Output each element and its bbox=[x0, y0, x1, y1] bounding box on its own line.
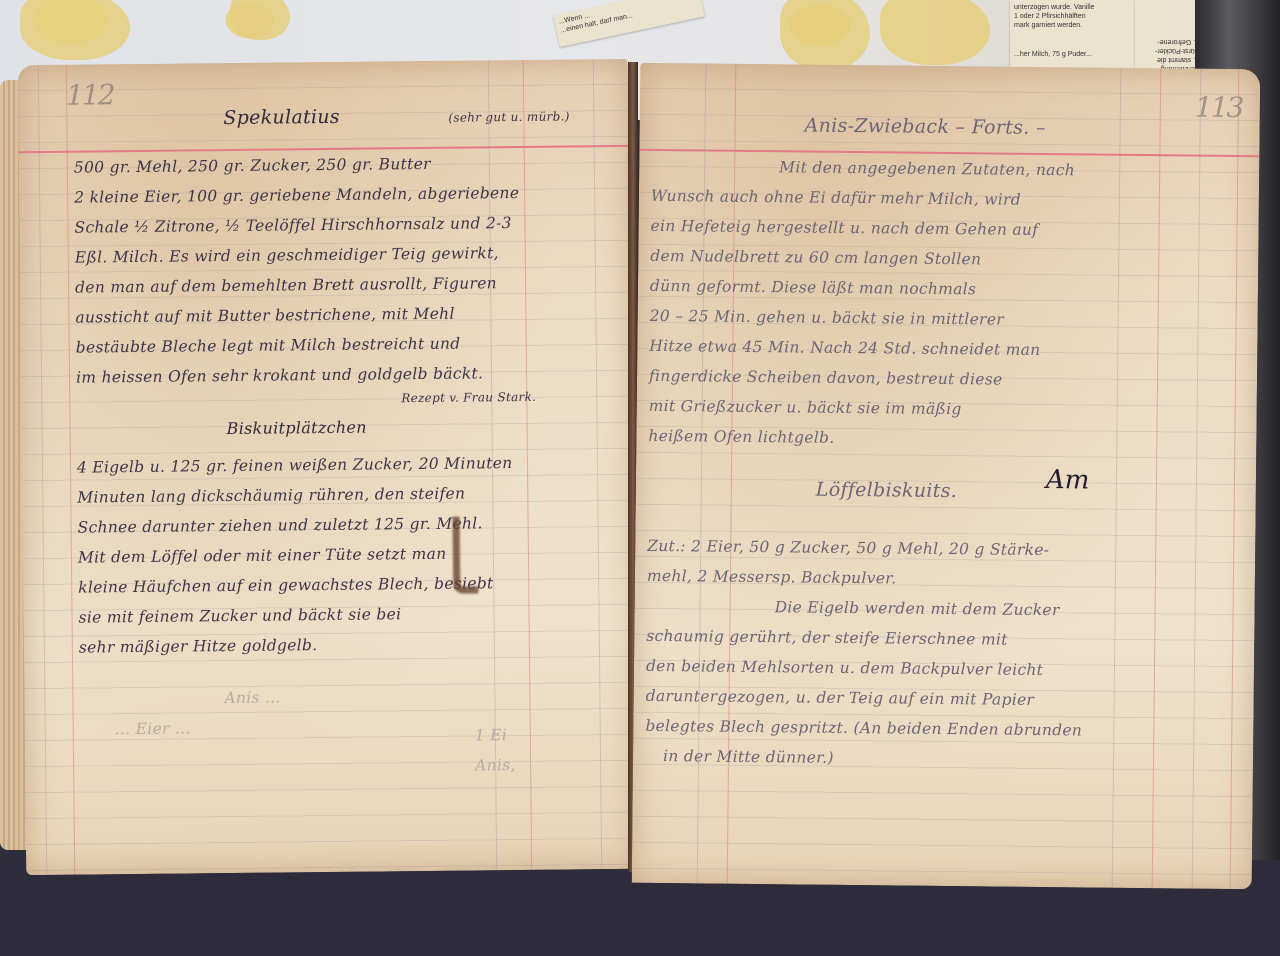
column-line bbox=[1112, 68, 1122, 888]
recipe-attribution: Rezept v. Frau Stark. bbox=[401, 390, 536, 405]
column-line bbox=[593, 59, 602, 869]
faded-text: ... Eier ... bbox=[115, 719, 191, 738]
notebook-page-right: 113 Anis-Zwieback – Forts. – Mit den ang… bbox=[632, 63, 1261, 889]
recipe-line: ein Hefeteig hergestellt u. nach dem Geh… bbox=[651, 217, 1039, 239]
recipe-line: den man auf dem bemehlten Brett ausrollt… bbox=[75, 274, 497, 296]
clipping-text: 1 oder 2 Pfirsichhälften bbox=[1014, 12, 1134, 21]
clipping-text: mark garniert werden. bbox=[1014, 21, 1134, 30]
clipping-text: Fürst-Pückler- bbox=[1139, 46, 1199, 55]
header-rule bbox=[19, 145, 629, 153]
recipe-title: Spekulatius bbox=[223, 106, 340, 129]
recipe-line: bestäubte Bleche legt mit Milch bestreic… bbox=[76, 335, 461, 357]
recipe-title: Löffelbiskuits. bbox=[816, 479, 957, 502]
recipe-line: Hitze etwa 45 Min. Nach 24 Std. schneide… bbox=[649, 337, 1040, 359]
recipe-line: Wunsch auch ohne Ei dafür mehr Milch, wi… bbox=[651, 187, 1021, 209]
recipe-line: mit Grießzucker u. bäckt sie im mäßig bbox=[649, 397, 962, 418]
paper-damage-tear bbox=[453, 516, 479, 593]
recipe-line: 4 Eigelb u. 125 gr. feinen weißen Zucker… bbox=[77, 454, 513, 477]
recipe-line: Mit den angegebenen Zutaten, nach bbox=[779, 158, 1075, 179]
column-line bbox=[1152, 68, 1162, 888]
recipe-line: belegtes Blech gespritzt. (An beiden End… bbox=[645, 717, 1082, 740]
recipe-line: sehr mäßiger Hitze goldgelb. bbox=[79, 636, 318, 656]
recipe-line: heißem Ofen lichtgelb. bbox=[648, 427, 834, 447]
faded-text: Anis ... bbox=[224, 688, 280, 707]
margin-line bbox=[66, 65, 75, 875]
recipe-line: dünn geformt. Diese läßt man nochmals bbox=[650, 277, 976, 298]
newspaper-clipping: unterzogen wurde. Vanille 1 oder 2 Pfirs… bbox=[1010, 0, 1138, 72]
faded-text: Anis, bbox=[475, 756, 516, 774]
recipe-line: den beiden Mehlsorten u. dem Backpulver … bbox=[646, 657, 1043, 679]
clipping-text: ... Gefrorene- bbox=[1139, 37, 1199, 46]
clipping-text: unterzogen wurde. Vanille bbox=[1014, 3, 1134, 12]
recipe-line: Schnee darunter ziehen und zuletzt 125 g… bbox=[78, 514, 483, 536]
recipe-line: im heissen Ofen sehr krokant und goldgel… bbox=[76, 364, 483, 386]
recipe-line: schaumig gerührt, der steife Eierschnee … bbox=[646, 627, 1008, 649]
clipping-text: ... stammt die bbox=[1139, 55, 1199, 64]
recipe-title: Biskuitplätzchen bbox=[226, 418, 366, 438]
tablecloth-pattern bbox=[780, 0, 870, 70]
newspaper-clipping: Verzweifung ... stammt die Fürst-Pückler… bbox=[1135, 0, 1203, 76]
faded-text: 1 Ei bbox=[475, 726, 507, 744]
recipe-line: aussticht auf mit Butter bestrichene, mi… bbox=[75, 305, 454, 327]
recipe-line: in der Mitte dünner.) bbox=[663, 747, 834, 767]
recipe-line: kleine Häufchen auf ein gewachstes Blech… bbox=[78, 574, 493, 596]
tablecloth-pattern bbox=[20, 0, 130, 60]
notebook-page-left: 112 Spekulatius (sehr gut u. mürb.) 500 … bbox=[18, 59, 636, 875]
recipe-title: Anis-Zwieback – Forts. – bbox=[805, 115, 1046, 140]
signature-mark: Am bbox=[1046, 465, 1090, 495]
tablecloth-pattern bbox=[880, 0, 990, 65]
recipe-line: 2 kleine Eier, 100 gr. geriebene Mandeln… bbox=[74, 184, 519, 207]
column-line bbox=[1230, 69, 1240, 889]
page-number: 112 bbox=[66, 78, 114, 111]
column-line bbox=[1192, 69, 1202, 889]
recipe-line: 20 – 25 Min. gehen u. bäckt sie in mittl… bbox=[650, 307, 1005, 329]
clipping-text: ...her Milch, 75 g Puder... bbox=[1014, 50, 1134, 59]
ingredients-line: Zut.: 2 Eier, 50 g Zucker, 50 g Mehl, 20… bbox=[647, 537, 1049, 559]
header-rule bbox=[639, 149, 1259, 157]
recipe-line: fingerdicke Scheiben davon, bestreut die… bbox=[649, 367, 1003, 389]
column-line bbox=[38, 65, 47, 875]
page-number: 113 bbox=[1195, 91, 1243, 124]
recipe-line: Die Eigelb werden mit dem Zucker bbox=[775, 598, 1060, 619]
column-line bbox=[523, 60, 532, 870]
recipe-line: daruntergezogen, u. der Teig auf ein mit… bbox=[646, 687, 1035, 709]
recipe-line: Mit dem Löffel oder mit einer Tüte setzt… bbox=[78, 545, 447, 567]
recipe-line: dem Nudelbrett zu 60 cm langen Stollen bbox=[650, 247, 981, 268]
recipe-note: (sehr gut u. mürb.) bbox=[448, 109, 569, 124]
recipe-line: sie mit feinem Zucker und bäckt sie bei bbox=[78, 605, 401, 626]
tablecloth-pattern bbox=[230, 0, 290, 40]
recipe-line: Minuten lang dickschäumig rühren, den st… bbox=[77, 485, 465, 507]
recipe-line: Schale ½ Zitrone, ½ Teelöffel Hirschhorn… bbox=[74, 214, 511, 237]
recipe-line: Eßl. Milch. Es wird ein geschmeidiger Te… bbox=[75, 244, 499, 266]
recipe-line: 500 gr. Mehl, 250 gr. Zucker, 250 gr. Bu… bbox=[74, 155, 431, 177]
ingredients-line: mehl, 2 Messersp. Backpulver. bbox=[647, 567, 897, 588]
